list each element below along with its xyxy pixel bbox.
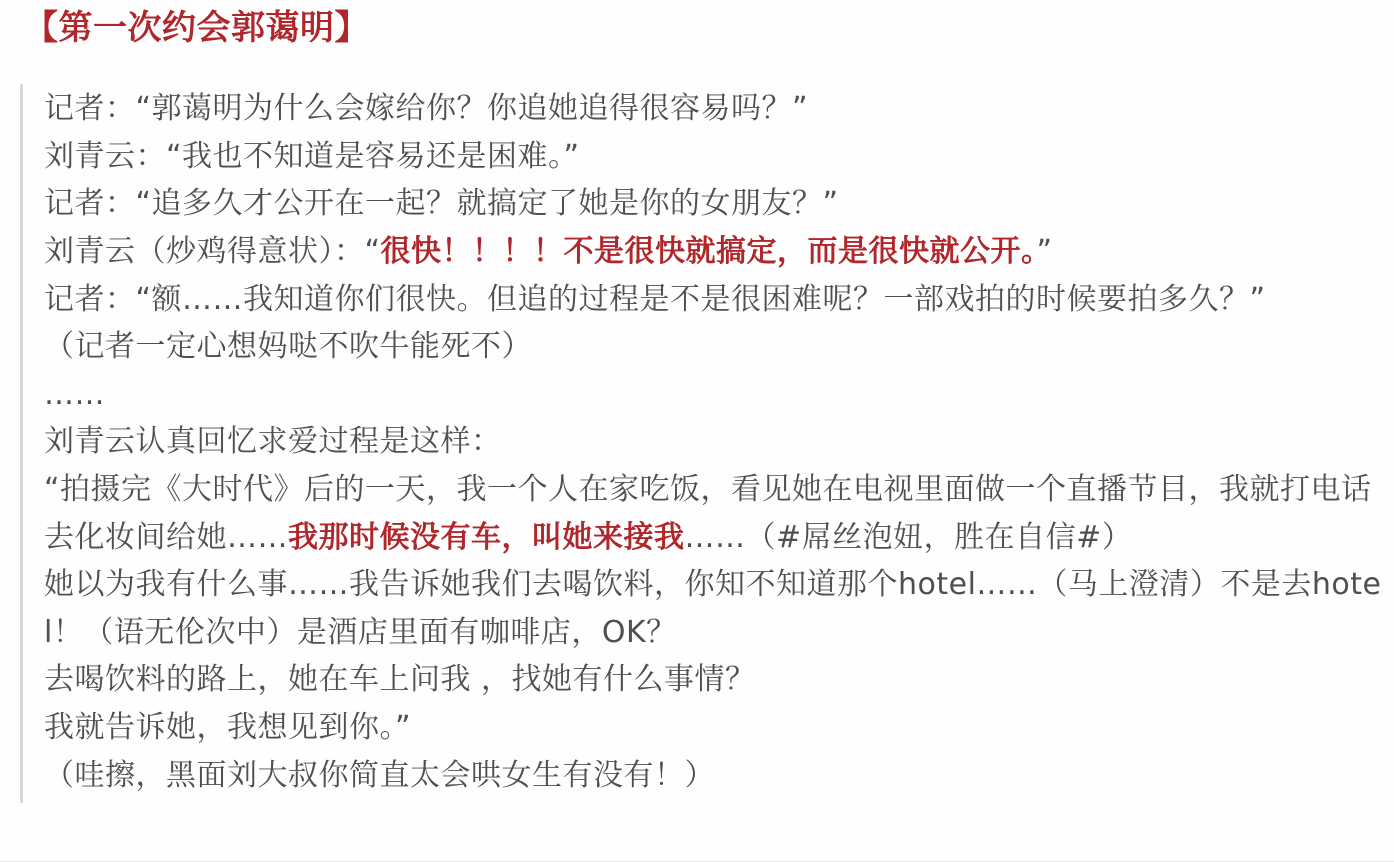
text-segment: ……（#屌丝泡妞，胜在自信#） <box>685 520 1133 555</box>
text-segment: 刘青云：“我也不知道是容易还是困难。” <box>44 139 580 174</box>
text-segment: 刘青云认真回忆求爱过程是这样： <box>44 424 502 459</box>
text-segment: ” <box>1037 234 1053 269</box>
text-segment: 去喝饮料的路上，她在车上问我 ，找她有什么事情？ <box>44 662 756 697</box>
paragraph: …… <box>44 371 1382 419</box>
text-segment: 记者：“郭蔼明为什么会嫁给你？你追她追得很容易吗？” <box>44 91 808 126</box>
paragraph: “拍摄完《大时代》后的一天，我一个人在家吃饭，看见她在电视里面做一个直播节目，我… <box>44 466 1382 561</box>
paragraph: 记者：“追多久才公开在一起？就搞定了她是你的女朋友？” <box>44 180 1382 228</box>
paragraph: 刘青云认真回忆求爱过程是这样： <box>44 418 1382 466</box>
text-segment: 记者：“额……我知道你们很快。但追的过程是不是很困难呢？一部戏拍的时候要拍多久？… <box>44 282 1266 317</box>
paragraph: 刘青云：“我也不知道是容易还是困难。” <box>44 133 1382 181</box>
text-segment: …… <box>44 377 105 412</box>
text-segment: （哇擦，黑面刘大叔你简直太会哄女生有没有！） <box>44 758 715 793</box>
paragraph: （哇擦，黑面刘大叔你简直太会哄女生有没有！） <box>44 752 1382 800</box>
text-segment: 刘青云（炒鸡得意状）：“ <box>44 234 381 269</box>
text-segment: 她以为我有什么事……我告诉她我们去喝饮料，你知不知道那个hotel……（马上澄清… <box>44 567 1382 650</box>
highlighted-text-segment: 我那时候没有车，叫她来接我 <box>288 520 685 555</box>
paragraph: 刘青云（炒鸡得意状）：“很快！！！！不是很快就搞定，而是很快就公开。” <box>44 228 1382 276</box>
paragraph: 她以为我有什么事……我告诉她我们去喝饮料，你知不知道那个hotel……（马上澄清… <box>44 561 1382 656</box>
text-segment: 我就告诉她，我想见到你。” <box>44 710 411 745</box>
article-page: 【第一次约会郭蔼明】 记者：“郭蔼明为什么会嫁给你？你追她追得很容易吗？”刘青云… <box>0 6 1394 862</box>
paragraph: 记者：“郭蔼明为什么会嫁给你？你追她追得很容易吗？” <box>44 85 1382 133</box>
paragraph: 记者：“额……我知道你们很快。但追的过程是不是很困难呢？一部戏拍的时候要拍多久？… <box>44 276 1382 324</box>
quote-block: 记者：“郭蔼明为什么会嫁给你？你追她追得很容易吗？”刘青云：“我也不知道是容易还… <box>20 84 1388 803</box>
paragraph: 去喝饮料的路上，她在车上问我 ，找她有什么事情？ <box>44 656 1382 704</box>
paragraph: 我就告诉她，我想见到你。” <box>44 704 1382 752</box>
paragraph: （记者一定心想妈哒不吹牛能死不） <box>44 323 1382 371</box>
article-heading: 【第一次约会郭蔼明】 <box>24 6 1394 50</box>
text-segment: （记者一定心想妈哒不吹牛能死不） <box>44 329 532 364</box>
text-segment: 记者：“追多久才公开在一起？就搞定了她是你的女朋友？” <box>44 186 839 221</box>
highlighted-text-segment: 很快！！！！不是很快就搞定，而是很快就公开。 <box>381 234 1037 269</box>
